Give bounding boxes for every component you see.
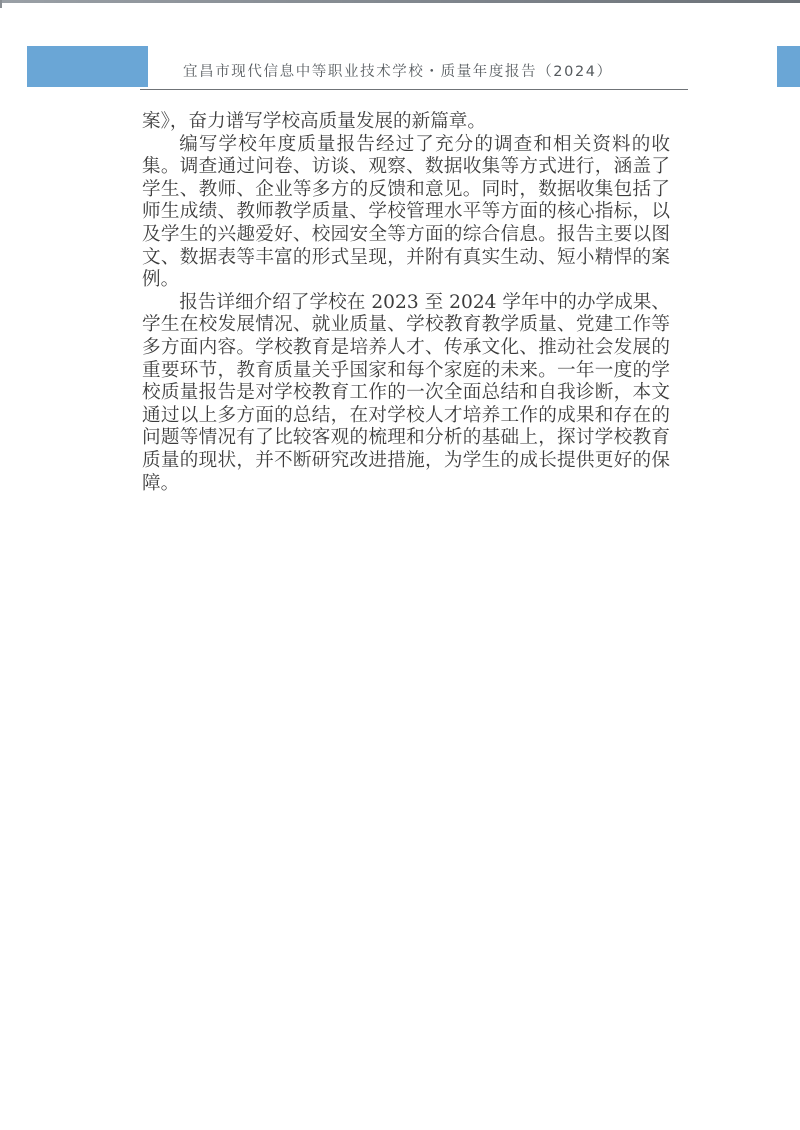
paragraph-report-preparation: 编写学校年度质量报告经过了充分的调查和相关资料的收集。调查通过问卷、访谈、观察、…	[142, 134, 670, 292]
header-rule	[140, 89, 688, 90]
header-accent-block-left	[27, 46, 148, 87]
header-accent-block-right	[777, 46, 800, 87]
running-header-title: 宜昌市现代信息中等职业技术学校・质量年度报告（2024）	[183, 60, 613, 81]
scan-edge-left	[0, 0, 2, 8]
paragraph-continuation: 案》，奋力谱写学校高质量发展的新篇章。	[142, 111, 670, 134]
scan-edge-top	[0, 0, 800, 3]
document-body: 案》，奋力谱写学校高质量发展的新篇章。 编写学校年度质量报告经过了充分的调查和相…	[142, 111, 670, 495]
paragraph-report-contents: 报告详细介绍了学校在 2023 至 2024 学年中的办学成果、学生在校发展情况…	[142, 292, 670, 495]
